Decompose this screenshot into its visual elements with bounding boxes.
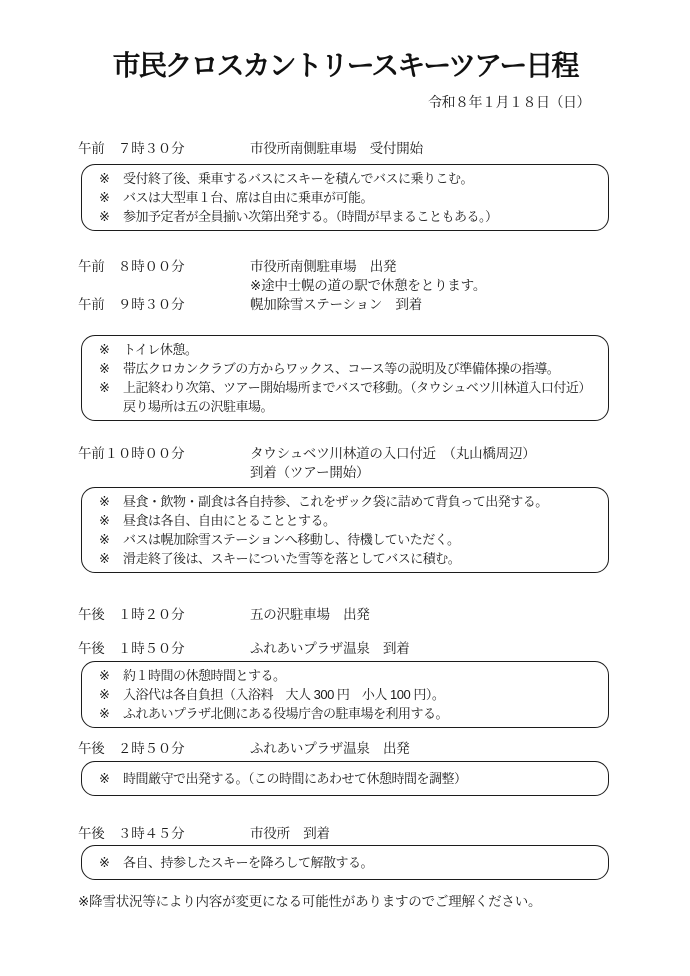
schedule-row-1545: 午後 ３時４５分市役所 到着: [78, 822, 330, 842]
reference-mark: ※: [99, 666, 123, 685]
reference-mark: ※: [99, 207, 123, 226]
event-label: 市役所 到着: [250, 826, 330, 841]
note-box-dismissal: ※各自、持参したスキーを降ろして解散する。: [81, 845, 609, 880]
schedule-row-0730: 午前 ７時３０分市役所南側駐車場 受付開始: [78, 137, 423, 157]
event-label: 市役所南側駐車場 受付開始: [250, 141, 423, 156]
note-text: 昼食は各自、自由にとることとする。: [123, 511, 602, 530]
reference-mark: ※: [99, 169, 123, 188]
note-text: 時間厳守で出発する。（この時間にあわせて休憩時間を調整）: [123, 769, 602, 788]
reference-mark: ※: [99, 685, 123, 704]
note-text: 約１時間の休憩時間とする。: [123, 666, 602, 685]
reference-mark: ※: [99, 853, 123, 872]
document-page: 市民クロスカントリースキーツアー日程 令和８年１月１８日（日） 午前 ７時３０分…: [0, 0, 690, 976]
time-label: 午前 ８時００分: [78, 255, 250, 275]
schedule-row-1450: 午後 ２時５０分ふれあいプラザ温泉 出発: [78, 737, 410, 757]
note-text: 帯広クロカンクラブの方からワックス、コース等の説明及び準備体操の指導。: [123, 359, 602, 378]
event-label: ふれあいプラザ温泉 出発: [250, 741, 410, 756]
document-date: 令和８年１月１８日（日）: [428, 92, 590, 112]
page-title: 市民クロスカントリースキーツアー日程: [0, 44, 690, 84]
reference-mark: ※: [99, 769, 123, 788]
reference-mark: ※: [99, 530, 123, 549]
note-line-continuation: 戻り場所は五の沢駐車場。: [82, 397, 602, 416]
time-label: 午前 ７時３０分: [78, 137, 250, 157]
time-label: 午後 ３時４５分: [78, 822, 250, 842]
event-sub-note: 到着（ツアー開始）: [250, 461, 369, 481]
note-line: ※入浴代は各自負担（入浴料 大人 300 円 小人 100 円）。: [82, 685, 602, 704]
reference-mark: ※: [99, 359, 123, 378]
note-text: 滑走終了後は、スキーについた雪等を落としてバスに積む。: [123, 549, 602, 568]
note-text: バスは幌加除雪ステーションへ移動し、待機していただく。: [123, 530, 602, 549]
note-text: 参加予定者が全員揃い次第出発する。（時間が早まることもある。）: [123, 207, 602, 226]
schedule-row-1320: 午後 １時２０分五の沢駐車場 出発: [78, 603, 370, 623]
note-line: ※帯広クロカンクラブの方からワックス、コース等の説明及び準備体操の指導。: [82, 359, 602, 378]
event-label: 幌加除雪ステーション 到着: [250, 297, 422, 312]
note-box-station: ※トイレ休憩。 ※帯広クロカンクラブの方からワックス、コース等の説明及び準備体操…: [81, 335, 609, 421]
note-text: 受付終了後、乗車するバスにスキーを積んでバスに乗りこむ。: [123, 169, 602, 188]
note-box-tour-start: ※昼食・飲物・副食は各自持参、これをザック袋に詰めて背負って出発する。 ※昼食は…: [81, 487, 609, 573]
note-line: ※滑走終了後は、スキーについた雪等を落としてバスに積む。: [82, 549, 602, 568]
note-line: ※バスは幌加除雪ステーションへ移動し、待機していただく。: [82, 530, 602, 549]
note-line: ※各自、持参したスキーを降ろして解散する。: [82, 853, 602, 872]
note-line: ※参加予定者が全員揃い次第出発する。（時間が早まることもある。）: [82, 207, 602, 226]
note-box-departure: ※時間厳守で出発する。（この時間にあわせて休憩時間を調整）: [81, 761, 609, 796]
event-label: 市役所南側駐車場 出発: [250, 259, 396, 274]
note-line: ※上記終わり次第、ツアー開始場所までバスで移動。（タウシュベツ川林道入口付近）: [82, 378, 602, 397]
reference-mark: ※: [99, 704, 123, 723]
note-text: 各自、持参したスキーを降ろして解散する。: [123, 853, 602, 872]
time-label: 午後 １時２０分: [78, 603, 250, 623]
note-text: 昼食・飲物・副食は各自持参、これをザック袋に詰めて背負って出発する。: [123, 492, 602, 511]
note-line: ※時間厳守で出発する。（この時間にあわせて休憩時間を調整）: [82, 769, 602, 788]
time-label: 午後 ２時５０分: [78, 737, 250, 757]
note-line: ※バスは大型車１台、席は自由に乗車が可能。: [82, 188, 602, 207]
note-text: トイレ休憩。: [123, 340, 602, 359]
schedule-row-0800: 午前 ８時００分市役所南側駐車場 出発: [78, 255, 396, 275]
reference-mark: ※: [99, 511, 123, 530]
event-label: ふれあいプラザ温泉 到着: [250, 641, 410, 656]
event-label: タウシュベツ川林道の入口付近 （丸山橋周辺）: [250, 446, 536, 461]
reference-mark: ※: [99, 378, 123, 397]
schedule-row-1350: 午後 １時５０分ふれあいプラザ温泉 到着: [78, 637, 410, 657]
schedule-row-0930: 午前 ９時３０分幌加除雪ステーション 到着: [78, 293, 422, 313]
note-text: ふれあいプラザ北側にある役場庁舎の駐車場を利用する。: [123, 704, 602, 723]
note-line: ※昼食は各自、自由にとることとする。: [82, 511, 602, 530]
event-label: 五の沢駐車場 出発: [250, 607, 370, 622]
note-text: 上記終わり次第、ツアー開始場所までバスで移動。（タウシュベツ川林道入口付近）: [123, 378, 602, 397]
schedule-row-1000: 午前１０時００分タウシュベツ川林道の入口付近 （丸山橋周辺）: [78, 442, 536, 462]
time-label: 午前 ９時３０分: [78, 293, 250, 313]
note-text: 入浴代は各自負担（入浴料 大人 300 円 小人 100 円）。: [123, 685, 602, 704]
time-label: 午前１０時００分: [78, 442, 250, 462]
note-box-reception: ※受付終了後、乗車するバスにスキーを積んでバスに乗りこむ。 ※バスは大型車１台、…: [81, 164, 609, 231]
time-label: 午後 １時５０分: [78, 637, 250, 657]
note-text: 戻り場所は五の沢駐車場。: [123, 397, 602, 416]
note-box-onsen: ※約１時間の休憩時間とする。 ※入浴代は各自負担（入浴料 大人 300 円 小人…: [81, 661, 609, 728]
note-line: ※受付終了後、乗車するバスにスキーを積んでバスに乗りこむ。: [82, 169, 602, 188]
reference-mark: ※: [99, 340, 123, 359]
note-line: ※昼食・飲物・副食は各自持参、これをザック袋に詰めて背負って出発する。: [82, 492, 602, 511]
reference-mark: ※: [99, 492, 123, 511]
footer-note: ※降雪状況等により内容が変更になる可能性がありますのでご理解ください。: [78, 890, 541, 910]
reference-mark: ※: [99, 549, 123, 568]
note-line: ※トイレ休憩。: [82, 340, 602, 359]
reference-mark: ※: [99, 188, 123, 207]
note-line: ※約１時間の休憩時間とする。: [82, 666, 602, 685]
note-line: ※ふれあいプラザ北側にある役場庁舎の駐車場を利用する。: [82, 704, 602, 723]
event-sub-note: ※途中士幌の道の駅で休憩をとります。: [250, 274, 486, 294]
note-text: バスは大型車１台、席は自由に乗車が可能。: [123, 188, 602, 207]
